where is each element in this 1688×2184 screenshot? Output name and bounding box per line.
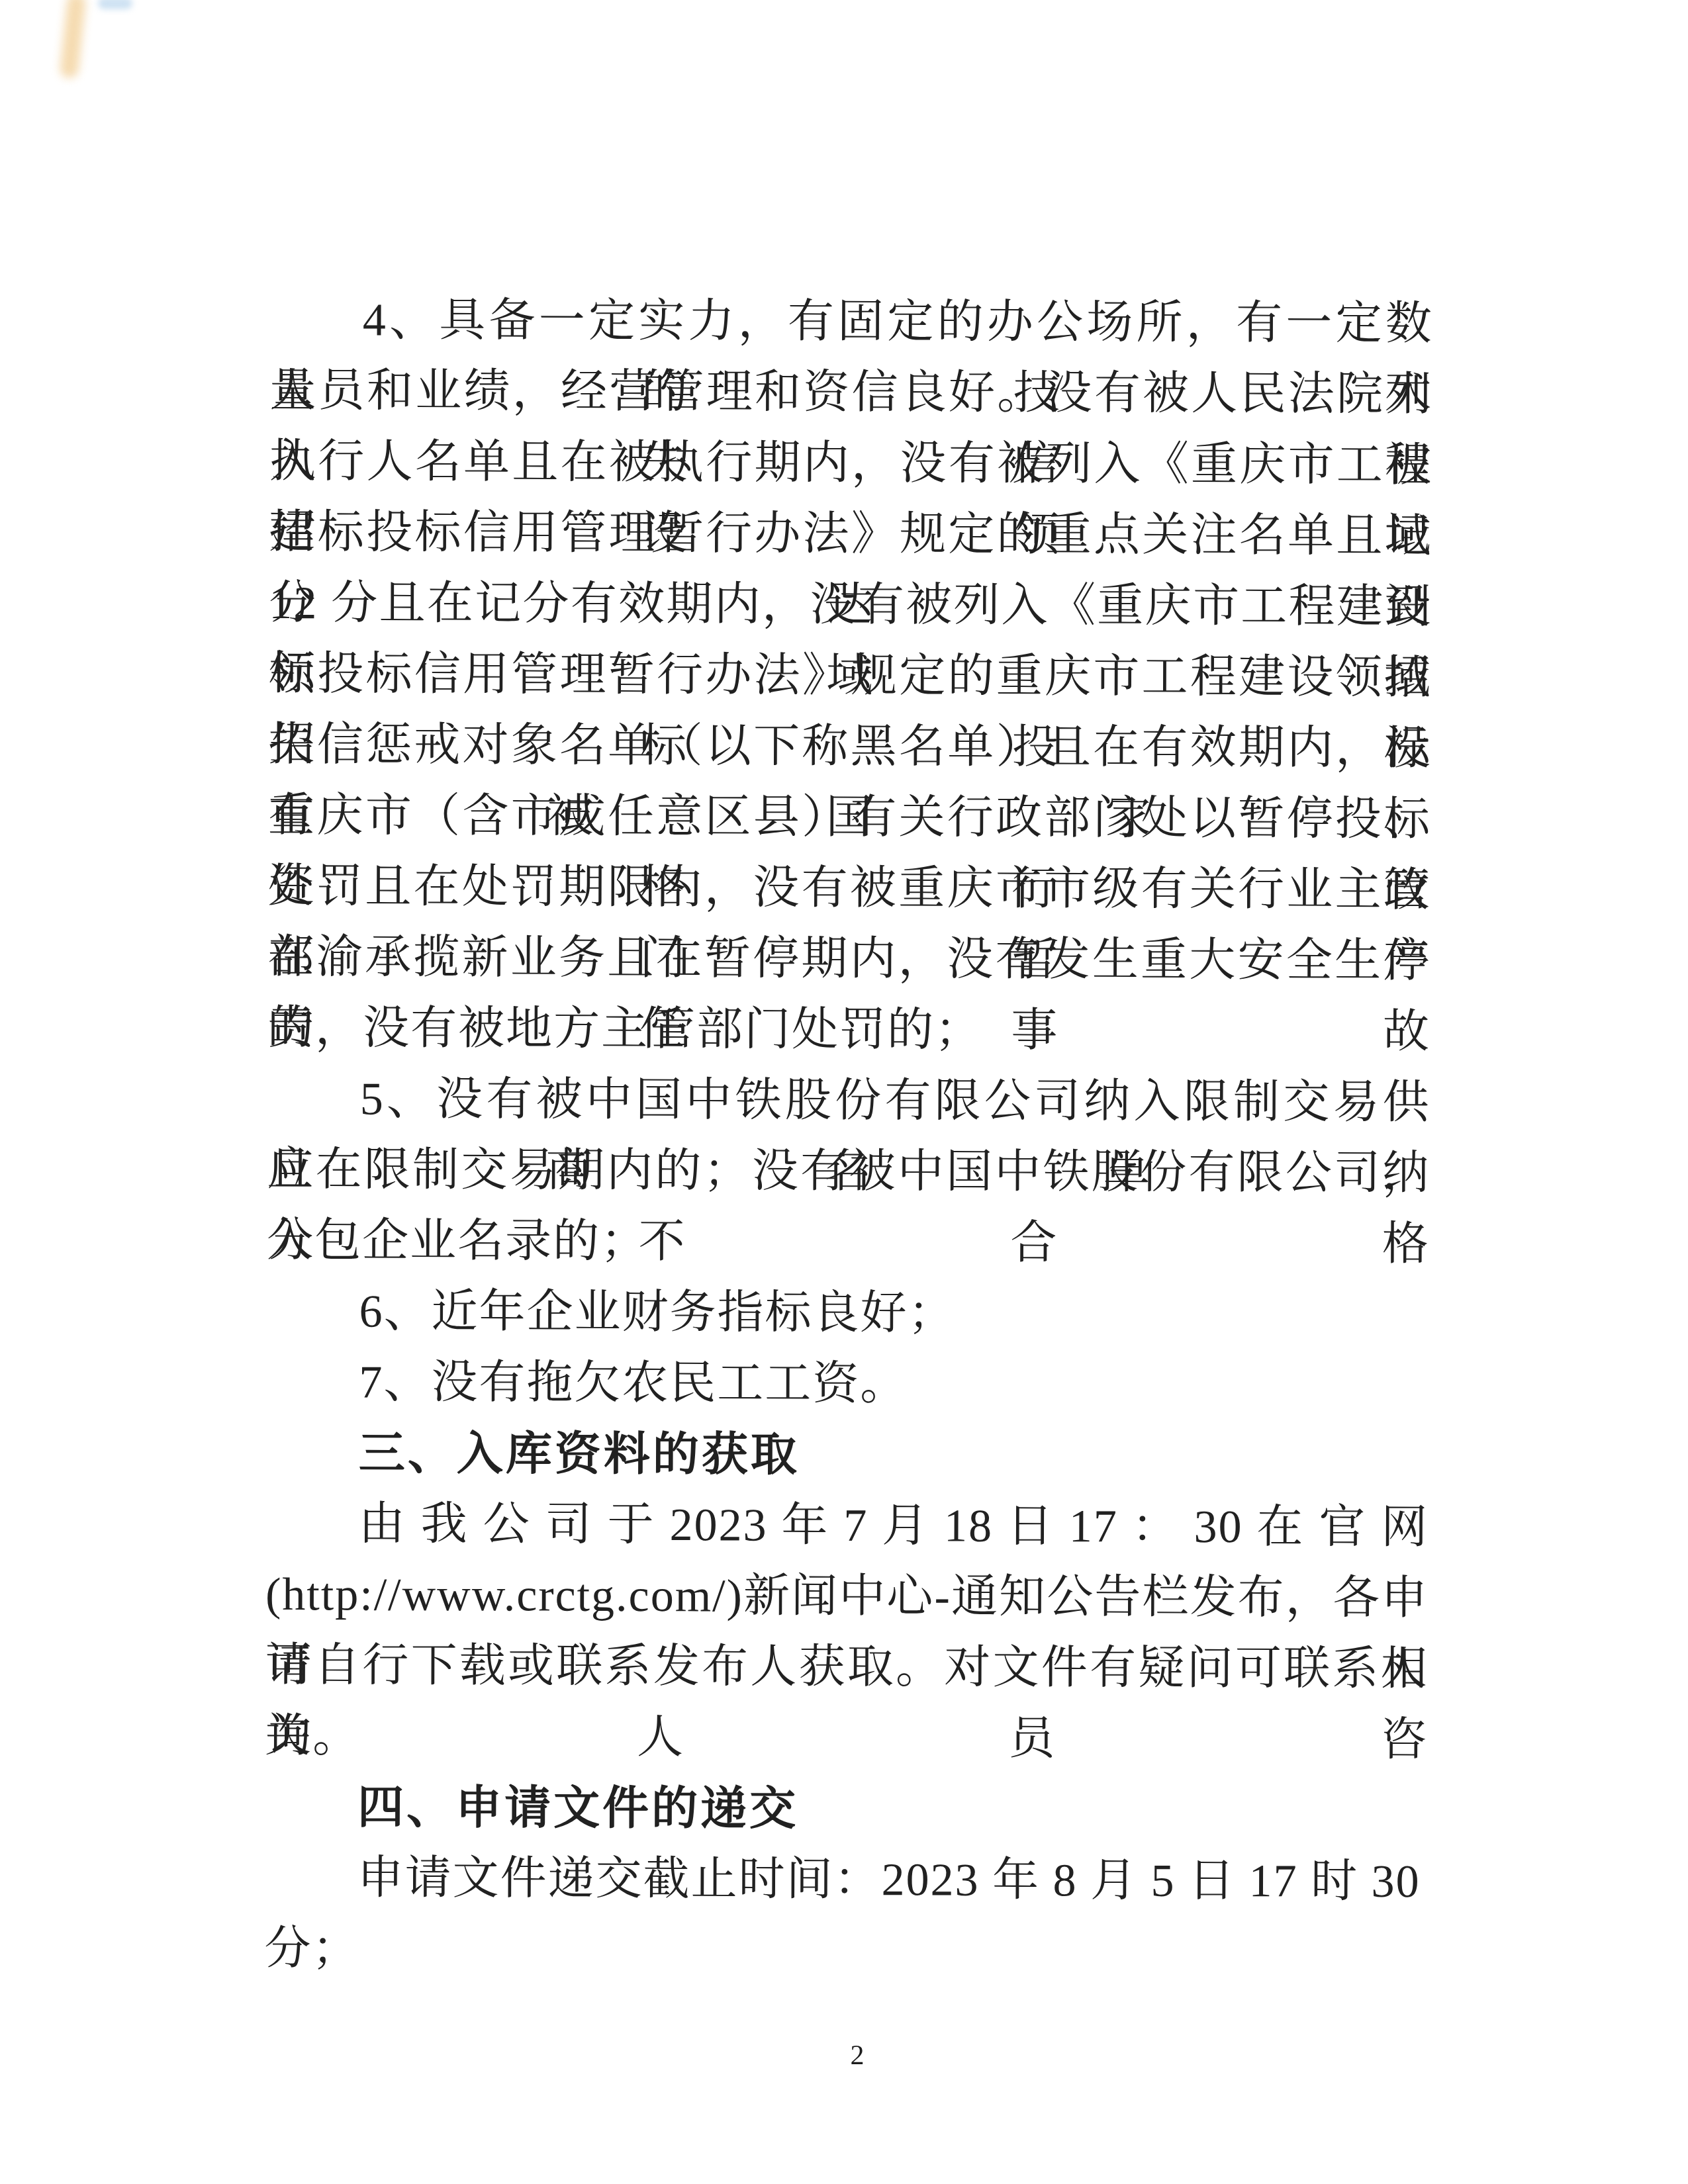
- section-heading-4: 四、申请文件的递交: [265, 1772, 1428, 1846]
- paragraph-line: 重庆市（含市或任意区县）有关行政部门处以暂停投标资格行政: [268, 780, 1431, 855]
- paragraph-line: 12 分且在记分有效期内，没有被列入《重庆市工程建设领域招: [269, 568, 1432, 643]
- section-heading-3: 三、入库资料的获取: [266, 1418, 1429, 1492]
- paragraph-line: 4、具备一定实力，有固定的办公场所，有一定数量的技术: [270, 285, 1433, 359]
- paragraph-line: 标投标信用管理暂行办法》规定的重庆市工程建设领域招标投标: [269, 639, 1432, 713]
- scan-artifact-orange: [59, 0, 86, 79]
- paragraph-line: (http://www.crctg.com/)新闻中心-通知公告栏发布，各申请人: [265, 1559, 1429, 1634]
- page-number: 2: [0, 2040, 1688, 2071]
- paragraph-line: 申请文件递交截止时间：2023 年 8 月 5 日 17 时 30 分；: [264, 1843, 1427, 1917]
- scan-artifact-blue: [98, 0, 132, 9]
- paragraph-line: 可自行下载或联系发布人获取。对文件有疑问可联系相关人员咨: [265, 1630, 1429, 1705]
- paragraph-line: 执行人名单且在被执行期内，没有被列入《重庆市工程建设领域: [269, 426, 1432, 501]
- paragraph-line: 处罚且在处罚期限内，没有被重庆市市级有关行业主管部门暂停: [268, 851, 1431, 926]
- paragraph-line: 人员和业绩，经营管理和资信良好。没有被人民法院列入失信被: [269, 355, 1432, 430]
- document-page: 4、具备一定实力，有固定的办公场所，有一定数量的技术 人员和业绩，经营管理和资信…: [0, 0, 1688, 2184]
- paragraph-line: 由 我 公 司 于 2023 年 7 月 18 日 17 ： 30 在 官 网: [265, 1488, 1429, 1563]
- paragraph-line: 且在限制交易期内的；没有被中国中铁股份有限公司纳入不合格: [267, 1134, 1430, 1209]
- paragraph-line: 7、没有拖欠农民工工资。: [266, 1347, 1429, 1422]
- paragraph-line: 失信惩戒对象名单（以下称黑名单）且在有效期内，没有被国家、: [268, 709, 1431, 784]
- paragraph-line: 6、近年企业财务指标良好；: [266, 1276, 1429, 1351]
- paragraph-line: 招标投标信用管理暂行办法》规定的重点关注名单且记分达到: [269, 497, 1432, 572]
- document-body: 4、具备一定实力，有固定的办公场所，有一定数量的技术 人员和业绩，经营管理和资信…: [264, 285, 1433, 1917]
- paragraph-line: 5、没有被中国中铁股份有限公司纳入限制交易供应商名单，: [267, 1064, 1430, 1138]
- paragraph-line: 在渝承揽新业务且在暂停期内，没有发生重大安全生产责任事故: [267, 922, 1430, 997]
